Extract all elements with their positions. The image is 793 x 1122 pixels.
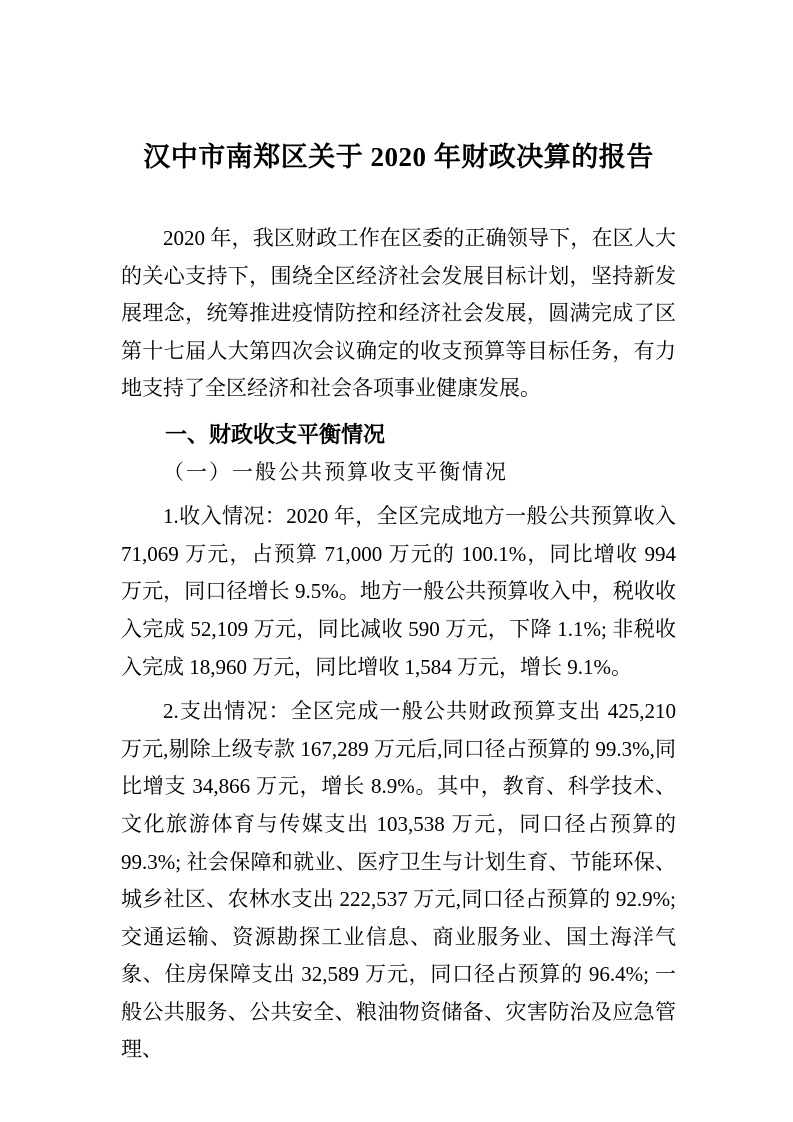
revenue-paragraph: 1.收入情况：2020 年，全区完成地方一般公共预算收入 71,069 万元，占… — [121, 498, 676, 686]
expenditure-paragraph: 2.支出情况：全区完成一般公共财政预算支出 425,210 万元,剔除上级专款 … — [121, 693, 676, 1069]
intro-paragraph: 2020 年，我区财政工作在区委的正确领导下，在区人大的关心支持下，围绕全区经济… — [121, 220, 676, 408]
document-page: 汉中市南郑区关于 2020 年财政决算的报告 2020 年，我区财政工作在区委的… — [0, 0, 793, 1122]
document-content: 汉中市南郑区关于 2020 年财政决算的报告 2020 年，我区财政工作在区委的… — [0, 0, 793, 1069]
section-heading-fiscal-balance: 一、财政收支平衡情况 — [121, 416, 676, 454]
document-title: 汉中市南郑区关于 2020 年财政决算的报告 — [121, 0, 676, 174]
subsection-heading-general-public-budget: （一）一般公共预算收支平衡情况 — [121, 454, 676, 492]
